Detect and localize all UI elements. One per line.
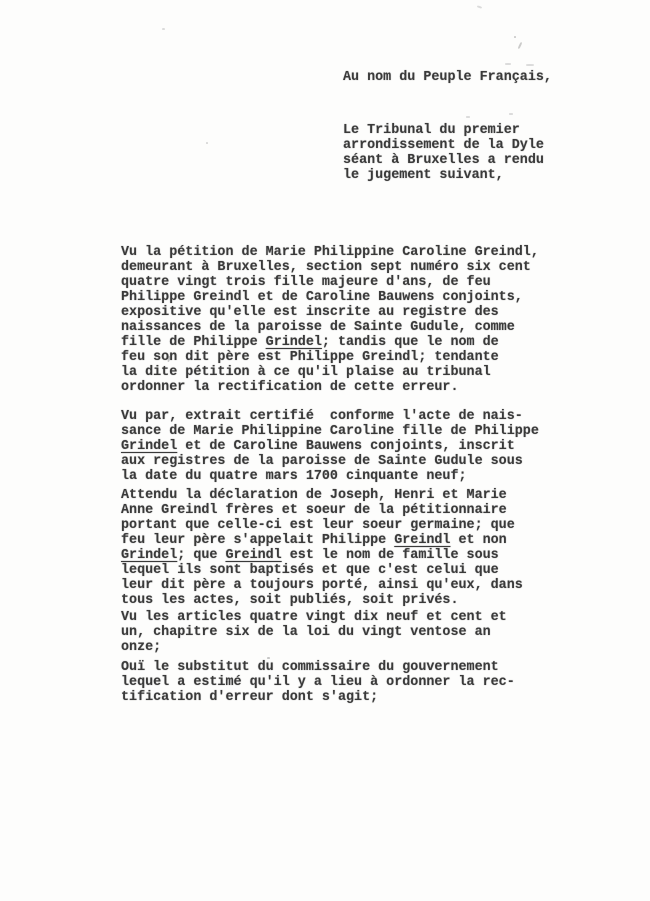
underlined-name: Grindel bbox=[121, 548, 177, 563]
underlined-name: Grindel bbox=[266, 335, 322, 350]
document-body: Vu la pétition de Marie Philippine Carol… bbox=[121, 245, 561, 705]
text-line: lequel ils sont baptisés et que c'est ce… bbox=[121, 563, 561, 578]
tribunal-line: arrondissement de la Dyle bbox=[343, 138, 544, 153]
text-line: lequel a estimé qu'il y a lieu à ordonne… bbox=[121, 675, 561, 690]
tribunal-line: séant à Bruxelles a rendu bbox=[343, 153, 544, 168]
text-segment: lequel a estimé qu'il y a lieu à ordonne… bbox=[121, 675, 515, 690]
text-segment: demeurant à Bruxelles, section sept numé… bbox=[121, 260, 531, 275]
text-line: Vu par, extrait certifié conforme l'acte… bbox=[121, 409, 561, 424]
text-segment: un, chapitre six de la loi du vingt vent… bbox=[121, 625, 491, 640]
paper-speck bbox=[526, 64, 534, 66]
text-segment: Attendu la déclaration de Joseph, Henri … bbox=[121, 488, 507, 503]
text-line: sance de Marie Philippine Caroline fille… bbox=[121, 424, 561, 439]
text-segment: feu leur père s'appelait Philippe bbox=[121, 533, 394, 548]
text-segment: feu son dit père est Philippe Greindl; t… bbox=[121, 350, 499, 365]
text-segment: la dite pétition à ce qu'il plaise au tr… bbox=[121, 365, 491, 380]
paper-speck bbox=[518, 42, 523, 49]
text-line: la date du quatre mars 1700 cinquante ne… bbox=[121, 469, 561, 484]
text-segment: ; tandis que le nom de bbox=[322, 335, 499, 350]
text-segment: portant que celle-ci est leur soeur germ… bbox=[121, 518, 515, 533]
text-line: expositive qu'elle est inscrite au regis… bbox=[121, 305, 561, 320]
text-segment: Philippe Greindl et de Caroline Bauwens … bbox=[121, 290, 523, 305]
text-segment: lequel ils sont baptisés et que c'est ce… bbox=[121, 563, 499, 578]
scanned-document-page: Au nom du Peuple Français, Le Tribunal d… bbox=[0, 0, 650, 901]
text-segment: onze; bbox=[121, 640, 161, 655]
text-segment: aux registres de la paroisse de Sainte G… bbox=[121, 454, 523, 469]
text-line: naissances de la paroisse de Sainte Gudu… bbox=[121, 320, 561, 335]
text-segment: quatre vingt trois fille majeure d'ans, … bbox=[121, 275, 491, 290]
text-segment: leur dit père a toujours porté, ainsi qu… bbox=[121, 578, 523, 593]
paper-speck bbox=[162, 28, 165, 30]
text-line: un, chapitre six de la loi du vingt vent… bbox=[121, 625, 561, 640]
text-segment: Ouï le substitut du commissaire du gouve… bbox=[121, 660, 499, 675]
text-segment: Vu les articles quatre vingt dix neuf et… bbox=[121, 610, 507, 625]
paragraph: Attendu la déclaration de Joseph, Henri … bbox=[121, 488, 561, 608]
text-line: leur dit père a toujours porté, ainsi qu… bbox=[121, 578, 561, 593]
text-segment: ordonner la rectification de cette erreu… bbox=[121, 380, 459, 395]
text-line: Anne Greindl frères et soeur de la pétit… bbox=[121, 503, 561, 518]
text-segment: la date du quatre mars 1700 cinquante ne… bbox=[121, 469, 467, 484]
text-segment: Anne Greindl frères et soeur de la pétit… bbox=[121, 503, 507, 518]
text-segment: tous les actes, soit publiés, soit privé… bbox=[121, 593, 459, 608]
text-line: fille de Philippe Grindel; tandis que le… bbox=[121, 335, 561, 350]
text-line: la dite pétition à ce qu'il plaise au tr… bbox=[121, 365, 561, 380]
paper-speck bbox=[466, 116, 470, 118]
text-line: Ouï le substitut du commissaire du gouve… bbox=[121, 660, 561, 675]
text-segment: et de Caroline Bauwens conjoints, inscri… bbox=[177, 439, 515, 454]
paper-speck bbox=[509, 113, 513, 115]
paragraph: Vu la pétition de Marie Philippine Carol… bbox=[121, 245, 561, 395]
paper-speck bbox=[206, 142, 208, 144]
text-segment: naissances de la paroisse de Sainte Gudu… bbox=[121, 320, 515, 335]
paper-speck bbox=[514, 36, 516, 38]
text-line: tous les actes, soit publiés, soit privé… bbox=[121, 593, 561, 608]
text-line: Grindel et de Caroline Bauwens conjoints… bbox=[121, 439, 561, 454]
invocation-line: Au nom du Peuple Français, bbox=[343, 70, 552, 86]
paragraph: Ouï le substitut du commissaire du gouve… bbox=[121, 660, 561, 705]
text-line: Vu la pétition de Marie Philippine Carol… bbox=[121, 245, 561, 260]
paper-speck bbox=[505, 63, 511, 65]
text-segment: Vu par, extrait certifié conforme l'acte… bbox=[121, 409, 523, 424]
tribunal-line: Le Tribunal du premier bbox=[343, 123, 544, 138]
underlined-name: Greindl bbox=[394, 533, 450, 548]
paragraph: Vu par, extrait certifié conforme l'acte… bbox=[121, 409, 561, 484]
text-segment: est le nom de famille sous bbox=[282, 548, 499, 563]
text-line: Vu les articles quatre vingt dix neuf et… bbox=[121, 610, 561, 625]
text-segment: Vu la pétition de Marie Philippine Carol… bbox=[121, 245, 539, 260]
text-line: aux registres de la paroisse de Sainte G… bbox=[121, 454, 561, 469]
text-segment: tification d'erreur dont s'agit; bbox=[121, 690, 378, 705]
paper-speck bbox=[477, 5, 482, 9]
text-segment: fille de Philippe bbox=[121, 335, 266, 350]
underlined-name: Greindl bbox=[225, 548, 281, 563]
text-segment: et non bbox=[450, 533, 506, 548]
text-line: Philippe Greindl et de Caroline Bauwens … bbox=[121, 290, 561, 305]
text-line: demeurant à Bruxelles, section sept numé… bbox=[121, 260, 561, 275]
text-line: onze; bbox=[121, 640, 561, 655]
text-line: quatre vingt trois fille majeure d'ans, … bbox=[121, 275, 561, 290]
tribunal-heading: Le Tribunal du premier arrondissement de… bbox=[343, 123, 544, 183]
underlined-name: Grindel bbox=[121, 439, 177, 454]
paragraph: Vu les articles quatre vingt dix neuf et… bbox=[121, 610, 561, 655]
text-segment: sance de Marie Philippine Caroline fille… bbox=[121, 424, 539, 439]
tribunal-line: le jugement suivant, bbox=[343, 168, 544, 183]
text-line: Grindel; que Greindl est le nom de famil… bbox=[121, 548, 561, 563]
text-line: feu son dit père est Philippe Greindl; t… bbox=[121, 350, 561, 365]
text-line: portant que celle-ci est leur soeur germ… bbox=[121, 518, 561, 533]
text-line: tification d'erreur dont s'agit; bbox=[121, 690, 561, 705]
text-segment: expositive qu'elle est inscrite au regis… bbox=[121, 305, 499, 320]
text-line: Attendu la déclaration de Joseph, Henri … bbox=[121, 488, 561, 503]
text-line: ordonner la rectification de cette erreu… bbox=[121, 380, 561, 395]
text-segment: ; que bbox=[177, 548, 225, 563]
text-line: feu leur père s'appelait Philippe Greind… bbox=[121, 533, 561, 548]
paper-speck bbox=[267, 657, 270, 659]
